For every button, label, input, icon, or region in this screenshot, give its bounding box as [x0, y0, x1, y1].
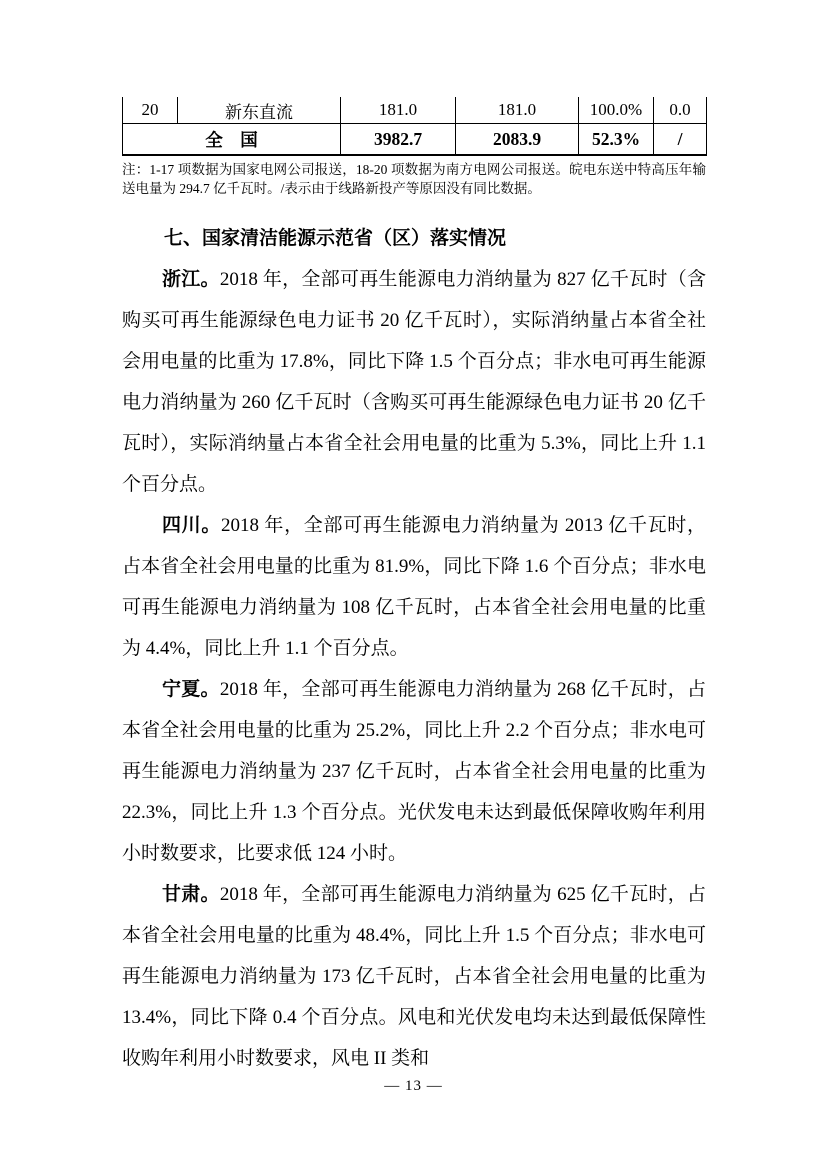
section-heading: 七、国家清洁能源示范省（区）落实情况	[122, 218, 706, 259]
paragraph-text: 2018 年，全部可再生能源电力消纳量为 268 亿千瓦时，占本省全社会用电量的…	[122, 679, 706, 864]
province-lead-zhejiang: 浙江。	[162, 269, 220, 290]
cell-value-2: 181.0	[456, 97, 579, 124]
table-row: 20 新东直流 181.0 181.0 100.0% 0.0	[123, 97, 707, 124]
cell-total-percent: 52.3%	[579, 124, 654, 156]
table-note: 注：1-17 项数据为国家电网公司报送，18-20 项数据为南方电网公司报送。皖…	[122, 160, 706, 198]
cell-delta: 0.0	[654, 97, 707, 124]
cell-line-name: 新东直流	[178, 97, 341, 124]
table-row-total: 全 国 3982.7 2083.9 52.3% /	[123, 124, 707, 156]
paragraph-text: 2018 年，全部可再生能源电力消纳量为 2013 亿千瓦时，占本省全社会用电量…	[122, 515, 706, 659]
document-page: 20 新东直流 181.0 181.0 100.0% 0.0 全 国 3982.…	[0, 0, 827, 1169]
paragraph-ningxia: 宁夏。2018 年，全部可再生能源电力消纳量为 268 亿千瓦时，占本省全社会用…	[122, 669, 706, 874]
paragraph-zhejiang: 浙江。2018 年，全部可再生能源电力消纳量为 827 亿千瓦时（含购买可再生能…	[122, 259, 706, 505]
province-lead-gansu: 甘肃。	[162, 884, 220, 905]
paragraph-gansu: 甘肃。2018 年，全部可再生能源电力消纳量为 625 亿千瓦时，占本省全社会用…	[122, 874, 706, 1079]
cell-total-delta: /	[654, 124, 707, 156]
province-lead-sichuan: 四川。	[162, 515, 221, 536]
cell-percent: 100.0%	[579, 97, 654, 124]
transmission-line-table: 20 新东直流 181.0 181.0 100.0% 0.0 全 国 3982.…	[122, 97, 707, 156]
page-number: — 13 —	[0, 1078, 827, 1095]
cell-total-label: 全 国	[123, 124, 341, 156]
province-lead-ningxia: 宁夏。	[162, 679, 220, 700]
paragraph-sichuan: 四川。2018 年，全部可再生能源电力消纳量为 2013 亿千瓦时，占本省全社会…	[122, 505, 706, 669]
paragraph-text: 2018 年，全部可再生能源电力消纳量为 827 亿千瓦时（含购买可再生能源绿色…	[122, 269, 706, 495]
cell-total-value-2: 2083.9	[456, 124, 579, 156]
cell-value-1: 181.0	[341, 97, 456, 124]
cell-index: 20	[123, 97, 178, 124]
cell-total-value-1: 3982.7	[341, 124, 456, 156]
page-content: 20 新东直流 181.0 181.0 100.0% 0.0 全 国 3982.…	[122, 97, 706, 1079]
paragraph-text: 2018 年，全部可再生能源电力消纳量为 625 亿千瓦时，占本省全社会用电量的…	[122, 884, 706, 1069]
